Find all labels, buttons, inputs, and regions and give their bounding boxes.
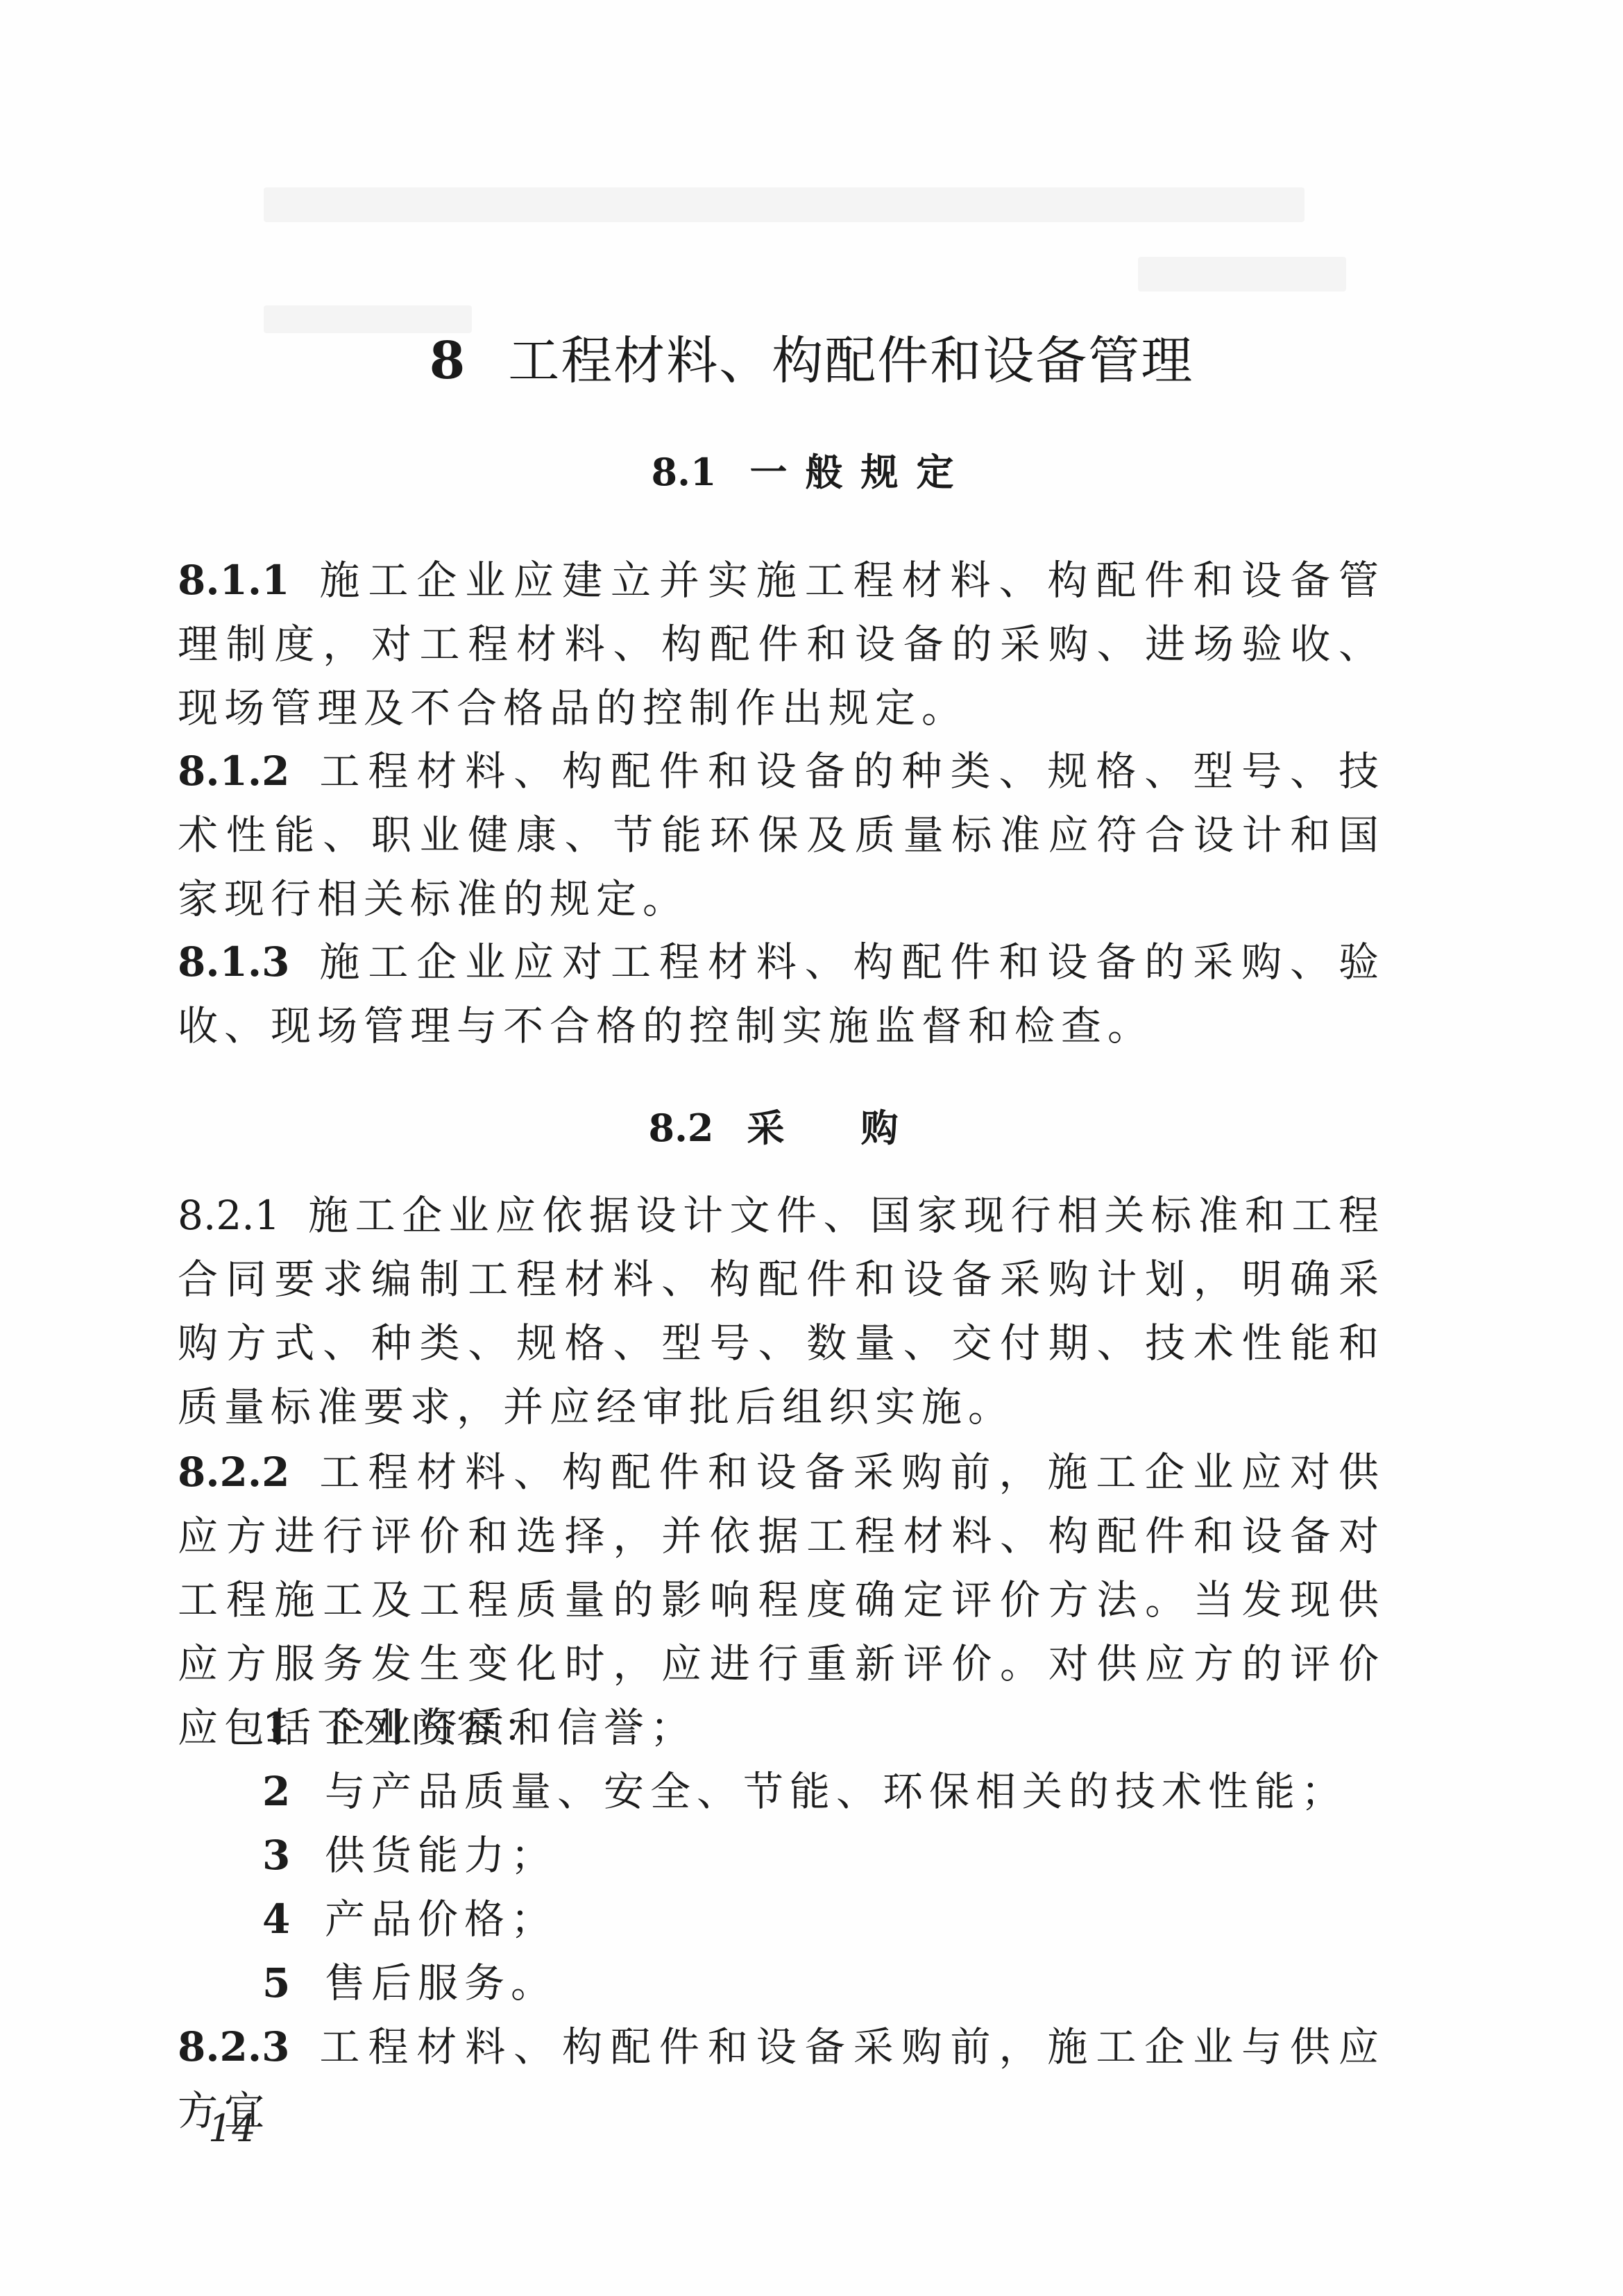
list-item-number: 2	[262, 1759, 325, 1823]
list-item-number: 1	[262, 1696, 325, 1759]
clause-text: 施工企业应建立并实施工程材料、构配件和设备管理制度，对工程材料、构配件和设备的采…	[178, 557, 1385, 732]
section-title-text: 一般规定	[749, 450, 971, 494]
list-item-text: 与产品质量、安全、节能、环保相关的技术性能；	[325, 1768, 1348, 1815]
list-item-3: 3供货能力；	[262, 1823, 557, 1887]
clause-number: 8.2.3	[178, 2023, 289, 2070]
section-heading-8-1: 8.1一般规定	[0, 444, 1623, 500]
section-title-text: 采购	[747, 1106, 974, 1150]
bleed-through-mark	[264, 187, 1305, 222]
chapter-title: 8工程材料、构配件和设备管理	[0, 326, 1623, 396]
list-item-text: 产品价格；	[325, 1896, 557, 1943]
clause-text: 施工企业应依据设计文件、国家现行相关标准和工程合同要求编制工程材料、构配件和设备…	[178, 1192, 1385, 1430]
clause-text: 工程材料、构配件和设备采购前，施工企业与供应方宜	[178, 2023, 1385, 2134]
list-item-text: 供货能力；	[325, 1832, 557, 1879]
list-item-1: 1企业资质和信誉；	[262, 1696, 697, 1759]
chapter-title-text: 工程材料、构配件和设备管理	[508, 331, 1193, 391]
list-item-number: 4	[262, 1887, 325, 1951]
bleed-through-mark	[1138, 257, 1346, 292]
list-item-5: 5售后服务。	[262, 1951, 557, 2015]
clause-number: 8.1.1	[178, 557, 289, 604]
clause-8-1-1: 8.1.1施工企业应建立并实施工程材料、构配件和设备管理制度，对工程材料、构配件…	[178, 548, 1385, 740]
list-item-4: 4产品价格；	[262, 1887, 557, 1951]
clause-number: 8.1.3	[178, 938, 289, 986]
chapter-number: 8	[430, 331, 467, 391]
clause-number: 8.2.2	[178, 1449, 289, 1496]
clause-text: 工程材料、构配件和设备的种类、规格、型号、技术性能、职业健康、节能环保及质量标准…	[178, 748, 1385, 922]
clause-number: 8.2.1	[178, 1192, 280, 1239]
section-heading-8-2: 8.2采购	[0, 1100, 1623, 1156]
list-item-number: 5	[262, 1951, 325, 2015]
document-page: 8工程材料、构配件和设备管理 8.1一般规定 8.1.1施工企业应建立并实施工程…	[0, 0, 1623, 2296]
list-item-text: 企业资质和信誉；	[325, 1704, 697, 1751]
section-number: 8.2	[649, 1106, 714, 1150]
clause-8-2-3: 8.2.3工程材料、构配件和设备采购前，施工企业与供应方宜	[178, 2015, 1385, 2143]
clause-number: 8.1.2	[178, 748, 289, 795]
clause-8-1-3: 8.1.3施工企业应对工程材料、构配件和设备的采购、验收、现场管理与不合格的控制…	[178, 930, 1385, 1058]
page-number: 14	[208, 2107, 256, 2150]
clause-8-1-2: 8.1.2工程材料、构配件和设备的种类、规格、型号、技术性能、职业健康、节能环保…	[178, 739, 1385, 931]
clause-8-2-1: 8.2.1施工企业应依据设计文件、国家现行相关标准和工程合同要求编制工程材料、构…	[178, 1183, 1385, 1439]
list-item-2: 2与产品质量、安全、节能、环保相关的技术性能；	[262, 1759, 1348, 1823]
section-number: 8.1	[652, 450, 717, 494]
clause-text: 施工企业应对工程材料、构配件和设备的采购、验收、现场管理与不合格的控制实施监督和…	[178, 938, 1385, 1049]
list-item-number: 3	[262, 1823, 325, 1887]
list-item-text: 售后服务。	[325, 1959, 557, 2007]
